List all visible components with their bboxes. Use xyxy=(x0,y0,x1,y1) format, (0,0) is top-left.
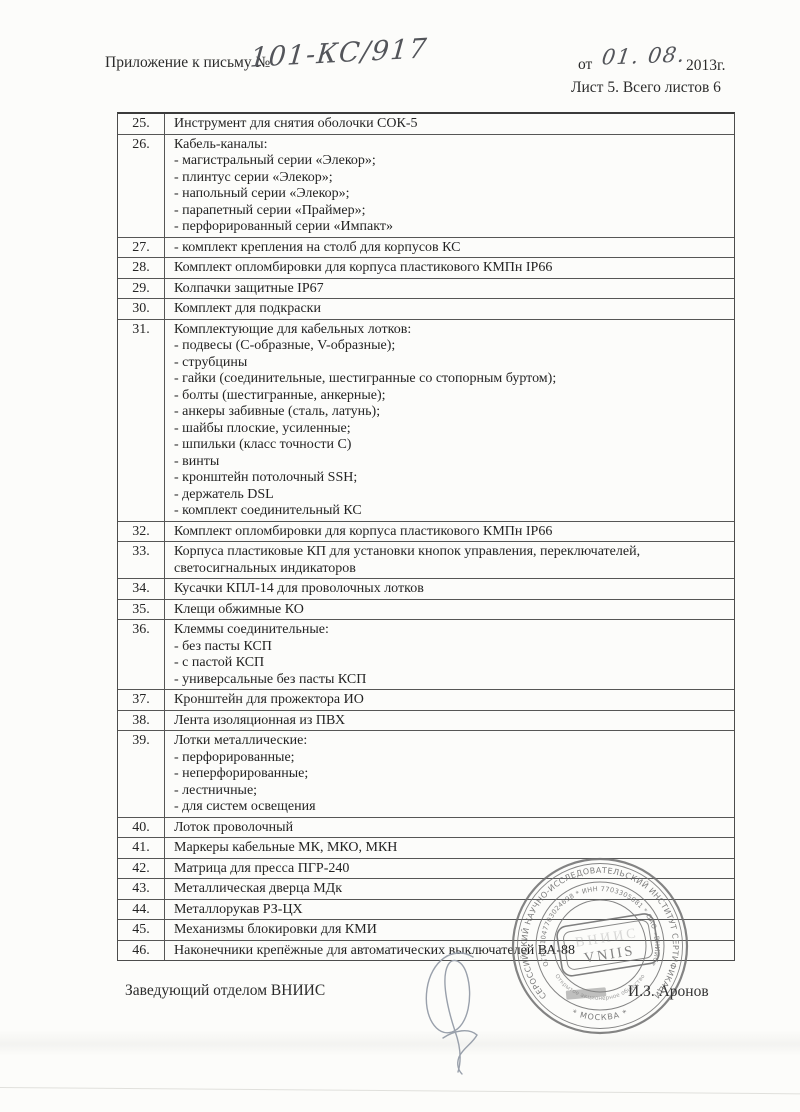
date-handwritten: 01. 08. xyxy=(600,42,687,69)
description-line: - парапетный серии «Праймер»; xyxy=(174,203,726,220)
description-line: Колпачки защитные IP67 xyxy=(174,281,726,298)
description-line: Кабель-каналы: xyxy=(174,137,726,154)
row-number: 44. xyxy=(118,900,165,920)
row-description: Кронштейн для прожектора ИО xyxy=(165,690,734,710)
description-line: Комплект опломбировки для корпуса пласти… xyxy=(174,524,726,541)
table-row: 26.Кабель-каналы:- магистральный серии «… xyxy=(118,135,734,238)
row-number: 28. xyxy=(118,258,165,278)
table-row: 40.Лоток проволочный xyxy=(118,818,734,839)
row-number: 39. xyxy=(118,731,165,817)
row-description: Клещи обжимные КО xyxy=(165,600,734,620)
scanned-page-edge xyxy=(0,1087,800,1094)
description-line: Лотки металлические: xyxy=(174,733,726,750)
table-row: 39.Лотки металлические:- перфорированные… xyxy=(118,731,734,818)
date-label: от xyxy=(578,56,592,74)
row-number: 35. xyxy=(118,600,165,620)
description-line: - подвесы (С-образные, V-образные); xyxy=(174,338,726,355)
row-number: 42. xyxy=(118,859,165,879)
description-line: Инструмент для снятия оболочки СОК-5 xyxy=(174,116,726,133)
description-line: Комплектующие для кабельных лотков: xyxy=(174,322,726,339)
row-number: 29. xyxy=(118,279,165,299)
signature-strokes xyxy=(415,945,515,1075)
row-number: 41. xyxy=(118,838,165,858)
description-line: - гайки (соединительные, шестигранные со… xyxy=(174,371,726,388)
table-row: 36.Клеммы соединительные:- без пасты КСП… xyxy=(118,620,734,690)
description-line: - для систем освещения xyxy=(174,799,726,816)
description-line: - перфорированные; xyxy=(174,750,726,767)
row-number: 45. xyxy=(118,920,165,940)
row-number: 30. xyxy=(118,299,165,319)
description-line: - комплект соединительный КС xyxy=(174,503,726,520)
description-line: Лоток проволочный xyxy=(174,820,726,837)
description-line: Комплект опломбировки для корпуса пласти… xyxy=(174,260,726,277)
description-line: - струбцины xyxy=(174,355,726,372)
row-number: 32. xyxy=(118,522,165,542)
description-line: Кусачки КПЛ-14 для проволочных лотков xyxy=(174,581,726,598)
description-line: - универсальные без пасты КСП xyxy=(174,672,726,689)
description-line: Клещи обжимные КО xyxy=(174,602,726,619)
row-description: Комплект для подкраски xyxy=(165,299,734,319)
description-line: - шпильки (класс точности С) xyxy=(174,437,726,454)
row-description: Лоток проволочный xyxy=(165,818,734,838)
sheet-info: Лист 5. Всего листов 6 xyxy=(571,79,721,97)
row-number: 37. xyxy=(118,690,165,710)
description-line: - комплект крепления на столб для корпус… xyxy=(174,240,726,257)
date-year: 2013г. xyxy=(686,57,725,75)
attachment-number-handwritten: 101-КС/917 xyxy=(249,33,429,73)
items-table: 25.Инструмент для снятия оболочки СОК-52… xyxy=(117,112,735,961)
table-row: 34.Кусачки КПЛ-14 для проволочных лотков xyxy=(118,579,734,600)
table-row: 27.- комплект крепления на столб для кор… xyxy=(118,238,734,259)
table-row: 35.Клещи обжимные КО xyxy=(118,600,734,621)
description-line: Кронштейн для прожектора ИО xyxy=(174,692,726,709)
attachment-label: Приложение к письму № xyxy=(105,54,270,72)
description-line: - шайбы плоские, усиленные; xyxy=(174,421,726,438)
row-number: 31. xyxy=(118,320,165,521)
row-number: 33. xyxy=(118,542,165,578)
row-number: 27. xyxy=(118,238,165,258)
row-description: Инструмент для снятия оболочки СОК-5 xyxy=(165,114,734,134)
row-description: Колпачки защитные IP67 xyxy=(165,279,734,299)
table-row: 28.Комплект опломбировки для корпуса пла… xyxy=(118,258,734,279)
description-line: - лестничные; xyxy=(174,783,726,800)
table-row: 38.Лента изоляционная из ПВХ xyxy=(118,711,734,732)
row-description: Кабель-каналы:- магистральный серии «Эле… xyxy=(165,135,734,237)
description-line: - без пасты КСП xyxy=(174,639,726,656)
table-row: 30.Комплект для подкраски xyxy=(118,299,734,320)
description-line: - напольный серии «Элекор»; xyxy=(174,186,726,203)
description-line: - винты xyxy=(174,454,726,471)
row-description: Корпуса пластиковые КП для установки кно… xyxy=(165,542,734,578)
description-line: - кронштейн потолочный SSH; xyxy=(174,470,726,487)
table-row: 29.Колпачки защитные IP67 xyxy=(118,279,734,300)
description-line: - плинтус серии «Элекор»; xyxy=(174,170,726,187)
row-description: Клеммы соединительные:- без пасты КСП- с… xyxy=(165,620,734,689)
description-line: Лента изоляционная из ПВХ xyxy=(174,713,726,730)
table-row: 31.Комплектующие для кабельных лотков:- … xyxy=(118,320,734,522)
row-number: 36. xyxy=(118,620,165,689)
row-description: Лотки металлические:- перфорированные;- … xyxy=(165,731,734,817)
row-description: Кусачки КПЛ-14 для проволочных лотков xyxy=(165,579,734,599)
description-line: Комплект для подкраски xyxy=(174,301,726,318)
description-line: - болты (шестигранные, анкерные); xyxy=(174,388,726,405)
row-description: Комплект опломбировки для корпуса пласти… xyxy=(165,258,734,278)
row-number: 34. xyxy=(118,579,165,599)
row-description: Лента изоляционная из ПВХ xyxy=(165,711,734,731)
table-row: 25.Инструмент для снятия оболочки СОК-5 xyxy=(118,114,734,135)
description-line: - с пастой КСП xyxy=(174,655,726,672)
table-row: 33.Корпуса пластиковые КП для установки … xyxy=(118,542,734,579)
handwritten-signature xyxy=(415,945,515,1075)
row-number: 38. xyxy=(118,711,165,731)
table-row: 32.Комплект опломбировки для корпуса пла… xyxy=(118,522,734,543)
vniis-round-stamp: ВСЕРОССИЙСКИЙ НАУЧНО-ИССЛЕДОВАТЕЛЬСКИЙ И… xyxy=(505,851,695,1041)
row-number: 26. xyxy=(118,135,165,237)
table-row: 37.Кронштейн для прожектора ИО xyxy=(118,690,734,711)
description-line: Корпуса пластиковые КП для установки кно… xyxy=(174,544,726,577)
stamp-graphic: ВСЕРОССИЙСКИЙ НАУЧНО-ИССЛЕДОВАТЕЛЬСКИЙ И… xyxy=(505,851,695,1041)
row-description: Комплект опломбировки для корпуса пласти… xyxy=(165,522,734,542)
row-number: 25. xyxy=(118,114,165,134)
description-line: - неперфорированные; xyxy=(174,766,726,783)
row-number: 40. xyxy=(118,818,165,838)
description-line: - магистральный серии «Элекор»; xyxy=(174,153,726,170)
row-description: - комплект крепления на столб для корпус… xyxy=(165,238,734,258)
description-line: - держатель DSL xyxy=(174,487,726,504)
description-line: - анкеры забивные (сталь, латунь); xyxy=(174,404,726,421)
signatory-name: И.З. Аронов xyxy=(628,983,709,1001)
row-number: 43. xyxy=(118,879,165,899)
description-line: Клеммы соединительные: xyxy=(174,622,726,639)
row-number: 46. xyxy=(118,941,165,961)
signatory-title: Заведующий отделом ВНИИС xyxy=(125,982,325,1000)
description-line: - перфорированный серии «Импакт» xyxy=(174,219,726,236)
row-description: Комплектующие для кабельных лотков:- под… xyxy=(165,320,734,521)
